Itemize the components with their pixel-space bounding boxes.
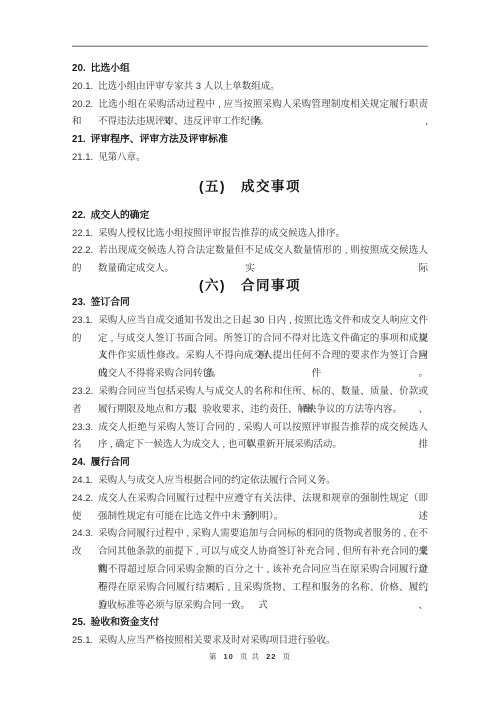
- item-line: 21.1.见第八章。: [72, 149, 428, 167]
- item-line: 额不得超过原合同采购金额的百分之十 , 该补充合同应当在原采购合同履行过程中 ,: [72, 561, 428, 579]
- item-line-text: 采购人应当严格按照相关要求及时对采购项目进行验收。: [98, 635, 336, 646]
- item-title: 21.评审程序、评审方法及评审标准: [72, 131, 428, 149]
- item-number: 24.3.: [72, 528, 93, 539]
- item-line-text: 采购人授权比选小组按照评审报告推荐的成交候选人排序。: [98, 228, 345, 239]
- footer-page-number: 10: [224, 652, 234, 661]
- item-number: 22.2.: [72, 245, 93, 256]
- item-title-text: 履行合同: [91, 457, 130, 468]
- item-number: 23.: [72, 297, 86, 308]
- item-title: 23.签订合同: [72, 294, 428, 312]
- item-line: 验收标准等必须与原采购合同一致。: [72, 597, 428, 615]
- item-number: 22.: [72, 210, 86, 221]
- item-line: 20.2.比选小组在采购活动过程中 , 应当按照采购人采购管理制度相关规定履行职…: [72, 96, 428, 114]
- item-line-text: 采购人与成交人应当根据合同的约定依法履行合同义务。: [98, 475, 336, 486]
- footer-total-pages: 22: [266, 652, 276, 661]
- item-title: 22.成交人的确定: [72, 207, 428, 225]
- item-title-text: 评审程序、评审方法及评审标准: [91, 134, 228, 145]
- item-line: 20.1.比选小组由评审专家共 3 人以上单数组成。: [72, 78, 428, 96]
- item-line: 数量确定成交人。: [72, 260, 428, 278]
- footer-middle: 页 共: [240, 652, 260, 661]
- item-number: 25.: [72, 617, 86, 628]
- footer-suffix: 页: [283, 652, 292, 661]
- page-footer: 第 10 页 共 22 页: [0, 649, 500, 664]
- item-line: 成交人不得将采购合同转包。: [72, 365, 428, 383]
- item-title: 24.履行合同: [72, 454, 428, 472]
- item-title-text: 成交人的确定: [91, 210, 150, 221]
- document-body: 20.比选小组20.1.比选小组由评审专家共 3 人以上单数组成。20.2.比选…: [0, 0, 500, 707]
- item-line: 不得在原采购合同履行结束后 , 且采购货物、工程和服务的名称、价格、履约方式、: [72, 579, 428, 597]
- item-number: 24.1.: [72, 475, 93, 486]
- item-number: 23.2.: [72, 386, 93, 397]
- item-line: 24.2.成交人在采购合同履行过程中应遵守有关法律、法规和规章的强制性规定（即使…: [72, 490, 428, 508]
- item-title-text: 验收和资金支付: [91, 617, 160, 628]
- item-line: 25.1.采购人应当严格按照相关要求及时对采购项目进行验收。: [72, 632, 428, 650]
- footer-prefix: 第: [209, 652, 218, 661]
- item-title: 20.比选小组: [72, 60, 428, 78]
- item-line-text: 见第八章。: [98, 152, 146, 163]
- item-line: 24.1.采购人与成交人应当根据合同的约定依法履行合同义务。: [72, 472, 428, 490]
- item-number: 21.1.: [72, 152, 93, 163]
- item-title-text: 比选小组: [91, 63, 130, 74]
- item-number: 22.1.: [72, 228, 93, 239]
- item-line: 序 , 确定下一候选人为成交人 , 也可以重新开展采购活动。: [72, 436, 428, 454]
- item-line-text: 比选小组由评审专家共 3 人以上单数组成。: [98, 81, 280, 92]
- item-line: 强制性规定有可能在比选文件中未予列明）。: [72, 508, 428, 526]
- item-line: 文件作实质性修改。采购人不得向成交人提出任何不合理的要求作为签订合同的条件。: [72, 347, 428, 365]
- item-line: 不得违法违规评审、违反评审工作纪律。: [72, 113, 428, 131]
- item-line: 23.1.采购人应当自成交通知书发出之日起 30 日内 , 按照比选文件和成交人…: [72, 312, 428, 330]
- item-number: 20.: [72, 63, 86, 74]
- item-number: 21.: [72, 134, 86, 145]
- item-number: 23.1.: [72, 315, 93, 326]
- section-heading: (六) 合同事项: [72, 278, 428, 294]
- item-line: 23.2.采购合同应当包括采购人与成交人的名称和住所、标的、数量、质量、价款或者…: [72, 383, 428, 401]
- item-number: 25.1.: [72, 635, 93, 646]
- item-line: 24.3.采购合同履行过程中 , 采购人需要追加与合同标的相同的货物或者服务的 …: [72, 525, 428, 543]
- item-line: 履行期限及地点和方式、验收要求、违约责任、解决争议的方法等内容。: [72, 401, 428, 419]
- item-line: 22.2.若出现成交候选人符合法定数量但不足成交人数量情形的 , 则按照成交候选…: [72, 242, 428, 260]
- section-heading: (五) 成交事项: [72, 167, 428, 207]
- item-line: 23.3.成交人拒绝与采购人签订合同的 , 采购人可以按照评审报告推荐的成交候选…: [72, 419, 428, 437]
- document-page: 20.比选小组20.1.比选小组由评审专家共 3 人以上单数组成。20.2.比选…: [0, 0, 500, 707]
- item-number: 24.: [72, 457, 86, 468]
- item-title-text: 签订合同: [91, 297, 130, 308]
- item-line: 定 , 与成交人签订书面合同。所签订的合同不得对比选文件确定的事项和成交人响应: [72, 330, 428, 348]
- item-number: 20.1.: [72, 81, 93, 92]
- item-line: 22.1.采购人授权比选小组按照评审报告推荐的成交候选人排序。: [72, 225, 428, 243]
- item-number: 23.3.: [72, 422, 93, 433]
- item-number: 24.2.: [72, 493, 93, 504]
- item-number: 20.2.: [72, 99, 93, 110]
- item-line: 合同其他条款的前提下 , 可以与成交人协商签订补充合同 , 但所有补充合同的采购…: [72, 543, 428, 561]
- item-title: 25.验收和资金支付: [72, 614, 428, 632]
